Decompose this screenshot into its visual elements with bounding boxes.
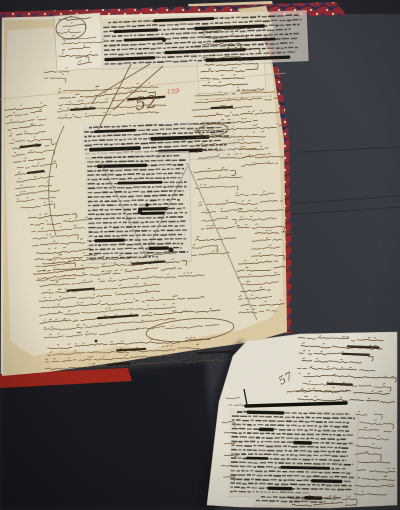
manuscript-proof-photograph: 5215957 [0, 0, 400, 510]
photo-stage: 5215957 [0, 0, 400, 510]
vignette [0, 0, 400, 510]
